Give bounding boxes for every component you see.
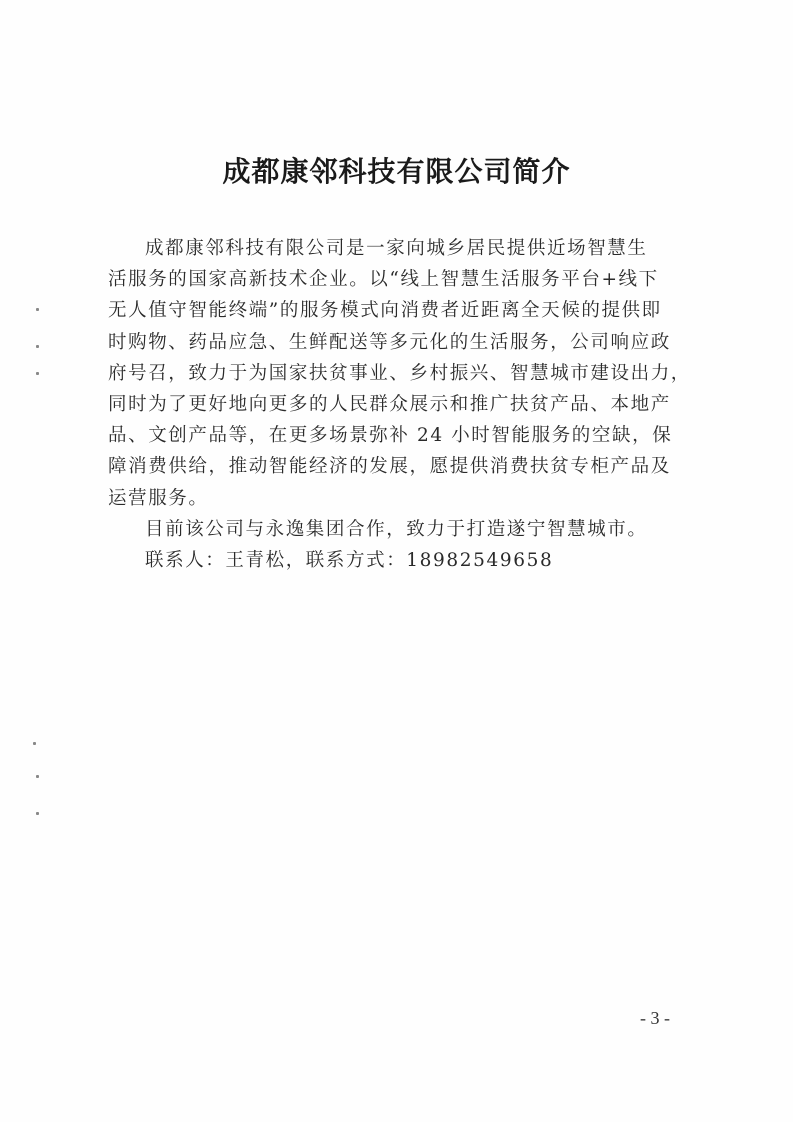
scan-speck xyxy=(36,372,39,375)
paragraph-1-line-5: 府号召，致力于为国家扶贫事业、乡村振兴、智慧城市建设出力， xyxy=(108,358,670,389)
page-number: - 3 - xyxy=(640,1008,670,1029)
paragraph-1-line-2: 活服务的国家高新技术企业。以“线上智慧生活服务平台+线下 xyxy=(108,264,670,295)
document-page: 成都康邻科技有限公司简介 成都康邻科技有限公司是一家向城乡居民提供近场智慧生 活… xyxy=(0,0,793,1122)
paragraph-2: 目前该公司与永逸集团合作，致力于打造遂宁智慧城市。 xyxy=(145,514,670,545)
scan-speck xyxy=(36,812,39,815)
scan-speck xyxy=(36,775,39,778)
scan-speck xyxy=(36,308,39,311)
contact-line: 联系人：王青松，联系方式：18982549658 xyxy=(145,545,670,576)
paragraph-1-line-3: 无人值守智能终端”的服务模式向消费者近距离全天候的提供即 xyxy=(108,295,670,326)
scan-speck xyxy=(33,742,36,745)
paragraph-1-line-6: 同时为了更好地向更多的人民群众展示和推广扶贫产品、本地产 xyxy=(108,389,670,420)
paragraph-1-line-4: 时购物、药品应急、生鲜配送等多元化的生活服务，公司响应政 xyxy=(108,327,670,358)
document-body: 成都康邻科技有限公司是一家向城乡居民提供近场智慧生 活服务的国家高新技术企业。以… xyxy=(145,233,670,576)
paragraph-1-line-9: 运营服务。 xyxy=(108,483,670,514)
document-title: 成都康邻科技有限公司简介 xyxy=(0,150,793,190)
paragraph-1-line-1: 成都康邻科技有限公司是一家向城乡居民提供近场智慧生 xyxy=(145,233,670,264)
paragraph-1-line-7: 品、文创产品等，在更多场景弥补 24 小时智能服务的空缺，保 xyxy=(108,420,670,451)
paragraph-1-line-8: 障消费供给，推动智能经济的发展，愿提供消费扶贫专柜产品及 xyxy=(108,451,670,482)
scan-speck xyxy=(36,345,39,348)
